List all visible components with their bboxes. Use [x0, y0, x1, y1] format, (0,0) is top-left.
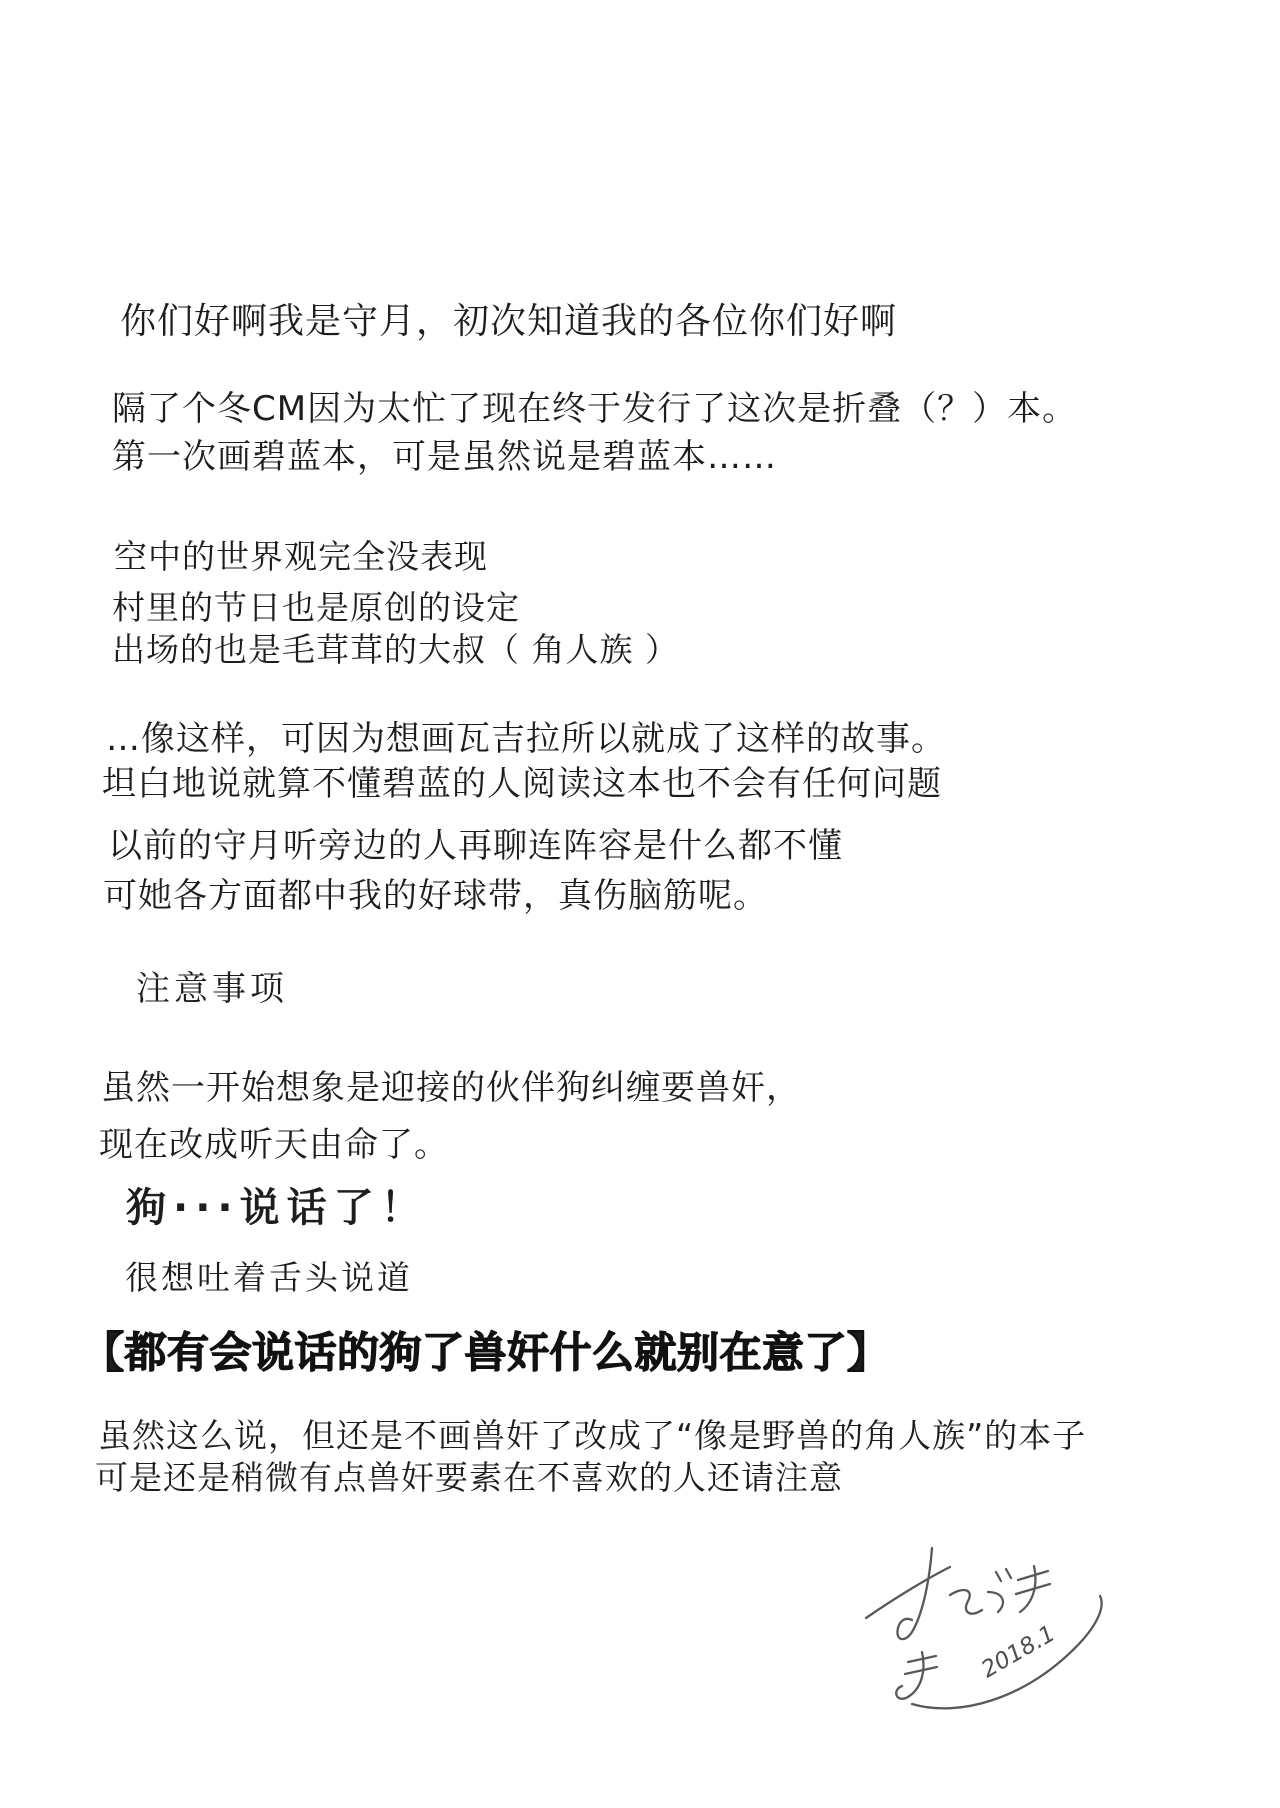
signature-stroke	[1018, 1571, 1048, 1580]
text-line: 虽然一开始想象是迎接的伙伴狗纠缠要兽奸，	[101, 1068, 801, 1109]
text-line: 坦白地说就算不懂碧蓝的人阅读这本也不会有任何问题	[102, 764, 942, 805]
text-line: 空中的世界观完全没表现	[114, 537, 488, 577]
text-line: …像这样，可因为想画瓦吉拉所以就成了这样的故事。	[106, 719, 946, 760]
text-line: 以前的守月听旁边的人再聊连阵容是什么都不懂	[108, 826, 843, 867]
notes-heading: 注意事项	[136, 969, 288, 1010]
signature-stroke	[905, 1667, 937, 1674]
greeting-line: 你们好啊我是守月，初次知道我的各位你们好啊	[120, 300, 897, 343]
signature-stroke	[950, 1590, 982, 1614]
artist-signature: 2018.1	[850, 1540, 1140, 1740]
signature-stroke	[1006, 1569, 1011, 1578]
text-line: 村里的节日也是原创的设定	[112, 588, 520, 628]
text-line: 可她各方面都中我的好球带，真伤脑筋呢。	[103, 876, 768, 917]
text-line: 可是还是稍微有点兽奸要素在不喜欢的人还请注意	[95, 1458, 843, 1498]
text-line: 出场的也是毛茸茸的大叔（ 角人族 ）	[112, 630, 679, 670]
afterword-page: 你们好啊我是守月，初次知道我的各位你们好啊 隔了个冬CM因为太忙了现在终于发行了…	[0, 0, 1280, 1808]
signature-stroke	[996, 1572, 1001, 1581]
text-line: 第一次画碧蓝本，可是虽然说是碧蓝本……	[112, 437, 777, 478]
signature-stroke	[866, 1567, 950, 1618]
signature-date: 2018.1	[977, 1621, 1060, 1684]
text-line: 很想吐着舌头说道	[125, 1258, 413, 1298]
signature-stroke	[988, 1592, 1003, 1612]
text-line: 虽然这么说，但还是不画兽奸了改成了“像是野兽的角人族”的本子	[98, 1416, 1086, 1456]
text-line: 现在改成听天由命了。	[99, 1125, 449, 1166]
bracket-shout-line: 【都有会说话的狗了兽奸什么就别在意了】	[82, 1328, 890, 1378]
text-line: 隔了个冬CM因为太忙了现在终于发行了这次是折叠（？）本。	[112, 389, 1077, 430]
dog-spoke-line: 狗···说话了！	[126, 1184, 428, 1232]
